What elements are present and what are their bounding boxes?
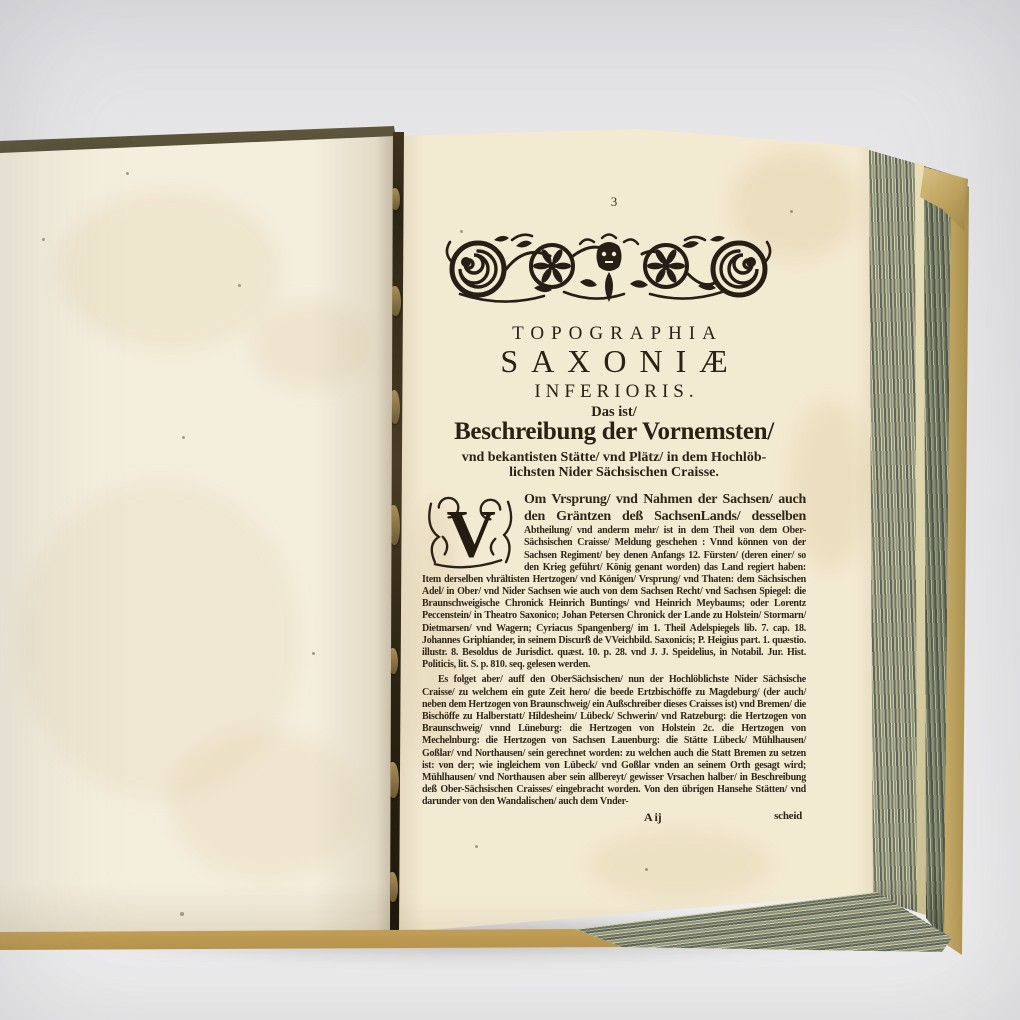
foxing-speck <box>126 172 129 175</box>
page-number: 3 <box>420 194 808 210</box>
drop-cap-initial-icon: V <box>422 494 517 570</box>
drop-cap-letter: V <box>446 495 495 570</box>
heading-beschreibung: Beschreibung der Vornemsten/ <box>420 418 808 446</box>
page-stain <box>60 190 280 350</box>
foxing-speck <box>180 912 184 916</box>
paragraph-1-lead: Om Vrsprung/ vnd Nahmen der Sachsen/ auc… <box>524 492 806 524</box>
title-line-saxoniae: SAXONIÆ <box>420 343 808 380</box>
title-line-topographia: TOPOGRAPHIA <box>420 323 808 345</box>
body-paragraph-2: Es folget aber/ auff den OberSächsischen… <box>422 674 806 808</box>
foxing-speck <box>182 436 185 439</box>
foxing-speck <box>312 652 315 655</box>
page-footer: A ij scheid <box>422 810 806 826</box>
foxing-speck <box>238 284 241 287</box>
title-line-inferioris: INFERIORIS. <box>420 381 808 403</box>
subtitle-line-3: lichsten Nider Sächsischen Craisse. <box>420 465 808 481</box>
catchword: scheid <box>774 810 802 823</box>
body-text-block: V Om Vrsprung/ vnd Nahmen der Sachsen/ a… <box>422 491 806 826</box>
body-paragraph-1: V Om Vrsprung/ vnd Nahmen der Sachsen/ a… <box>422 491 806 671</box>
subtitle-line-2: vnd bekantisten Stätte/ vnd Plätz/ in de… <box>420 450 808 466</box>
page-stain <box>250 300 370 390</box>
signature-mark: A ij <box>644 810 661 825</box>
printed-page-content: 3 <box>420 192 808 912</box>
photo-canvas: 3 <box>0 0 1020 1020</box>
floral-headpiece-icon <box>442 228 775 308</box>
foxing-speck <box>42 238 45 241</box>
page-stain <box>170 730 360 880</box>
